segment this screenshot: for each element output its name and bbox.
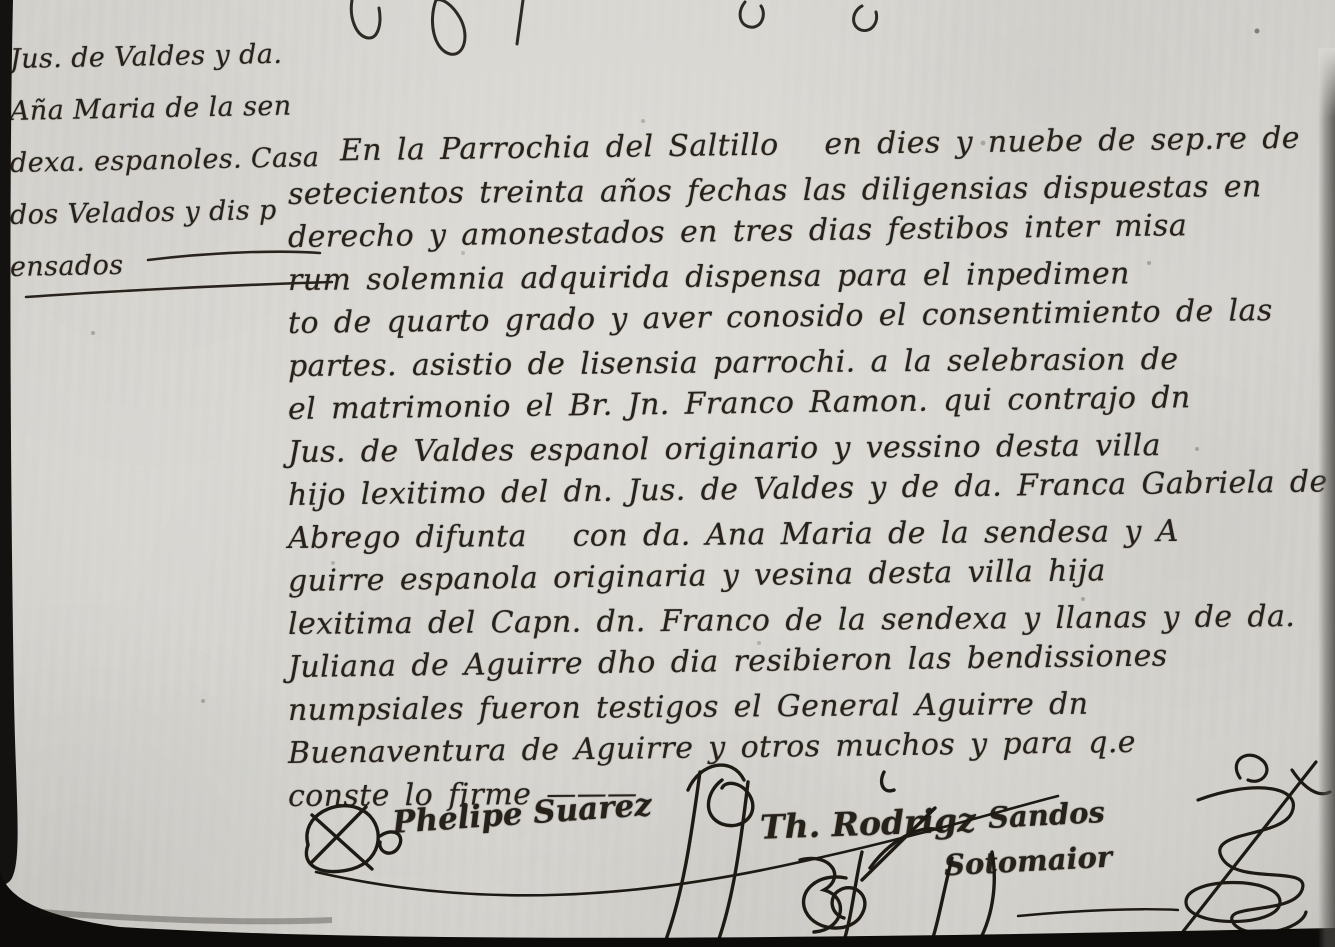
signature-sotomaior-line2: Sotomaior [943,840,1113,883]
signature-sotomaior-line1: Sandos [987,795,1105,835]
manuscript-line: En la Parrochia del Saltillo en dies y n… [288,116,1328,173]
margin-line: ensados [10,236,320,294]
paper-specks [0,0,2,2]
record-body: En la Parrochia del Saltillo en dies y n… [288,130,1328,818]
margin-line: dos Velados y dis p [10,184,320,242]
signature-rodriguez: Th. Rodrigz [759,800,976,847]
manuscript-page: Jus. de Valdes y da. Aña Maria de la sen… [0,0,1335,947]
margin-note: Jus. de Valdes y da. Aña Maria de la sen… [10,34,319,294]
top-cropped-strokes [351,0,876,54]
page-bottom-edge [0,870,1335,947]
margin-line: Aña Maria de la sen [10,80,320,138]
margin-line: Jus. de Valdes y da. [10,28,320,86]
page-right-edge-shadow [1318,48,1335,947]
margin-line: dexa. espanoles. Casa [10,132,320,190]
